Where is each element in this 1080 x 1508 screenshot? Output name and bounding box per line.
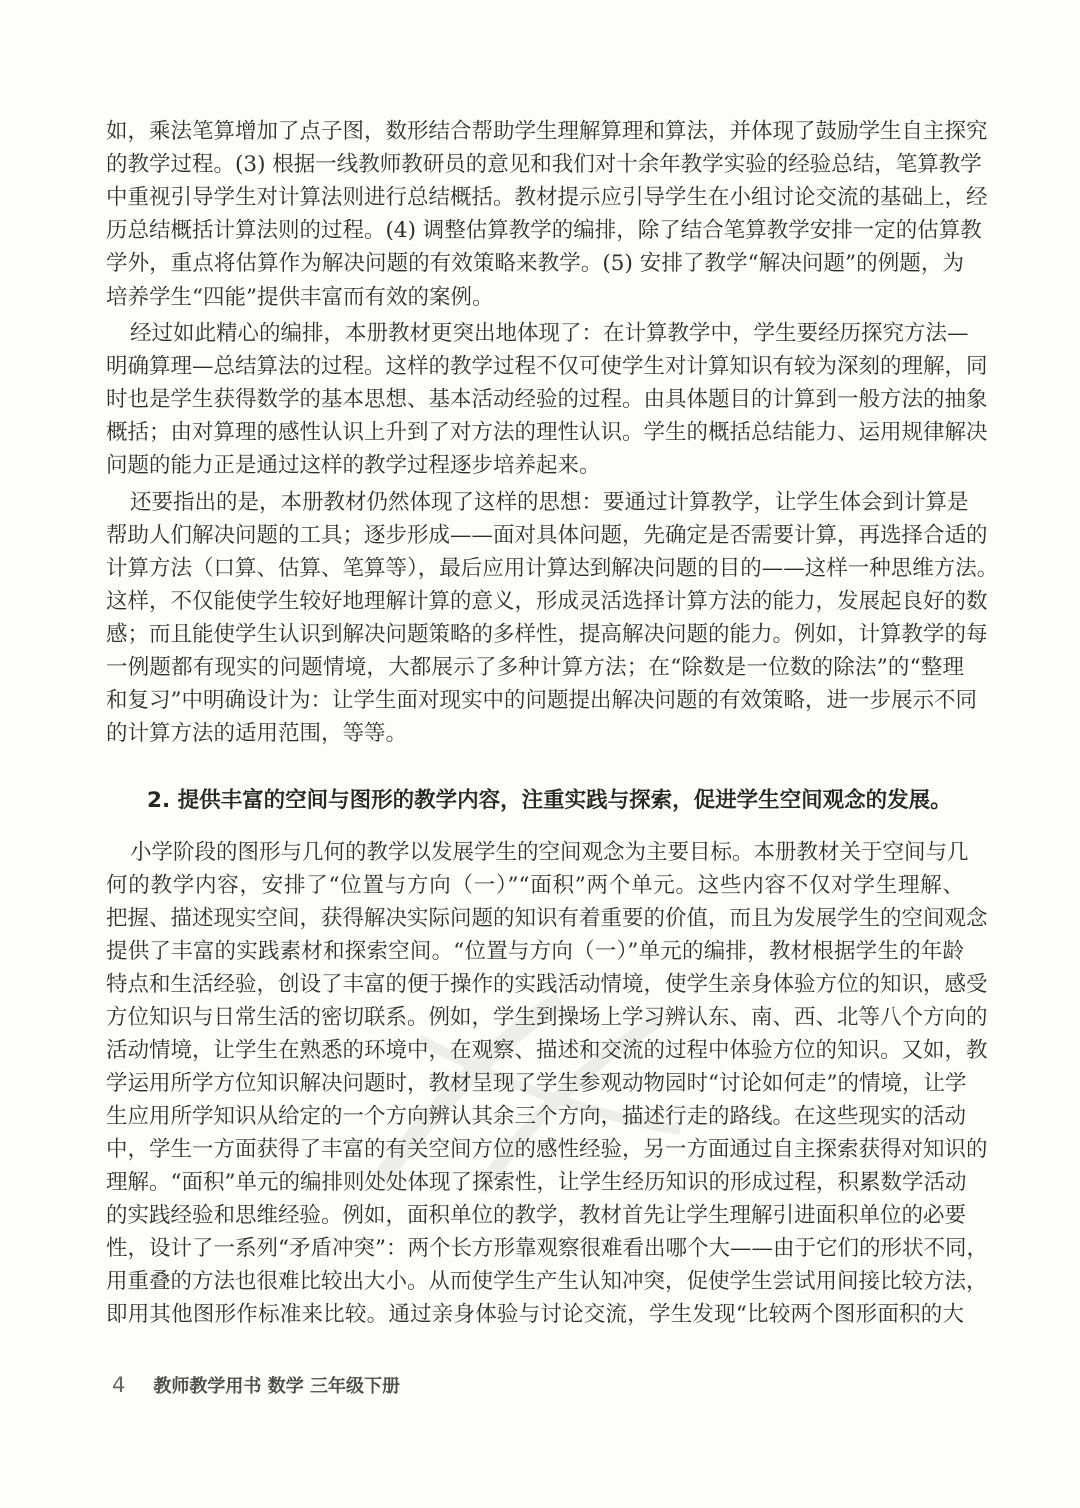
text-line: 何的教学内容，安排了“位置与方向（一）”“面积”两个单元。这些内容不仅对学生理解… [106,869,964,902]
text-line: 特点和生活经验，创设了丰富的便于操作的实践活动情境，使学生亲身体验方位的知识，感… [106,968,964,1001]
text-line: 把握、描述现实空间，获得解决实际问题的知识有着重要的价值，而且为发展学生的空间观… [106,902,964,935]
document-page: 如，乘法笔算增加了点子图，数形结合帮助学生理解算理和算法，并体现了鼓励学生自主探… [0,0,1080,1508]
text-line: 方位知识与日常生活的密切联系。例如，学生到操场上学习辨认东、南、西、北等八个方向… [106,1001,964,1034]
text-line: 这样，不仅能使学生较好地理解计算的意义，形成灵活选择计算方法的能力，发展起良好的… [106,585,964,618]
text-line: 计算方法（口算、估算、笔算等），最后应用计算达到解决问题的目的——这样一种思维方… [106,552,964,585]
text-line: 的实践经验和思维经验。例如，面积单位的教学，教材首先让学生理解引进面积单位的必要 [106,1199,964,1232]
text-line: 经过如此精心的编排，本册教材更突出地体现了：在计算教学中，学生要经历探究方法— [130,317,964,350]
text-line: 问题的能力正是通过这样的教学过程逐步培养起来。 [106,449,964,482]
text-line: 生应用所学知识从给定的一个方向辨认其余三个方向，描述行走的路线。在这些现实的活动 [106,1100,964,1133]
text-line: 即用其他图形作标准来比较。通过亲身体验与讨论交流，学生发现“比较两个图形面积的大 [106,1298,964,1331]
text-line: 活动情境，让学生在熟悉的环境中，在观察、描述和交流的过程中体验方位的知识。又如，… [106,1034,964,1067]
text-line: 性，设计了一系列“矛盾冲突”：两个长方形靠观察很难看出哪个大——由于它们的形状不… [106,1232,964,1265]
section-heading: 2. 提供丰富的空间与图形的教学内容，注重实践与探索，促进学生空间观念的发展。 [147,784,952,817]
text-line: 学运用所学方位知识解决问题时，教材呈现了学生参观动物园时“讨论如何走”的情境，让… [106,1067,964,1100]
text-line: 历总结概括计算法则的过程。(4) 调整估算教学的编排，除了结合笔算教学安排一定的… [106,214,964,247]
text-line: 还要指出的是，本册教材仍然体现了这样的思想：要通过计算教学，让学生体会到计算是 [130,486,964,519]
text-line: 时也是学生获得数学的基本思想、基本活动经验的过程。由具体题目的计算到一般方法的抽… [106,383,964,416]
text-line: 理解。“面积”单元的编排则处处体现了探索性，让学生经历知识的形成过程，积累数学活… [106,1166,964,1199]
text-line: 的教学过程。(3) 根据一线教师教研员的意见和我们对十余年教学实验的经验总结，笔… [106,148,964,181]
text-line: 帮助人们解决问题的工具；逐步形成——面对具体问题，先确定是否需要计算，再选择合适… [106,519,964,552]
text-line: 中重视引导学生对计算法则进行总结概括。教材提示应引导学生在小组讨论交流的基础上，… [106,181,964,214]
text-line: 中，学生一方面获得了丰富的有关空间方位的感性经验，另一方面通过自主探索获得对知识… [106,1133,964,1166]
text-line: 学外，重点将估算作为解决问题的有效策略来教学。(5) 安排了教学“解决问题”的例… [106,247,964,280]
text-line: 概括；由对算理的感性认识上升到了对方法的理性认识。学生的概括总结能力、运用规律解… [106,416,964,449]
text-line: 如，乘法笔算增加了点子图，数形结合帮助学生理解算理和算法，并体现了鼓励学生自主探… [106,115,964,148]
text-line: 明确算理—总结算法的过程。这样的教学过程不仅可使学生对计算知识有较为深刻的理解，… [106,350,964,383]
text-line: 感；而且能使学生认识到解决问题策略的多样性，提高解决问题的能力。例如，计算教学的… [106,618,964,651]
text-line: 小学阶段的图形与几何的教学以发展学生的空间观念为主要目标。本册教材关于空间与几 [130,836,964,869]
text-line: 提供了丰富的实践素材和探索空间。“位置与方向（一）”单元的编排，教材根据学生的年… [106,935,964,968]
text-line: 和复习”中明确设计为：让学生面对现实中的问题提出解决问题的有效策略，进一步展示不… [106,684,964,717]
text-line: 培养学生“四能”提供丰富而有效的案例。 [106,281,964,314]
text-line: 一例题都有现实的问题情境，大都展示了多种计算方法；在“除数是一位数的除法”的“整… [106,651,964,684]
page-footer: 4 教师教学用书 数学 三年级下册 [112,1370,400,1400]
book-title: 教师教学用书 数学 三年级下册 [153,1376,400,1397]
text-line: 用重叠的方法也很难比较出大小。从而使学生产生认知冲突，促使学生尝试用间接比较方法… [106,1265,964,1298]
page-number: 4 [112,1373,125,1397]
text-line: 的计算方法的适用范围，等等。 [106,717,964,750]
